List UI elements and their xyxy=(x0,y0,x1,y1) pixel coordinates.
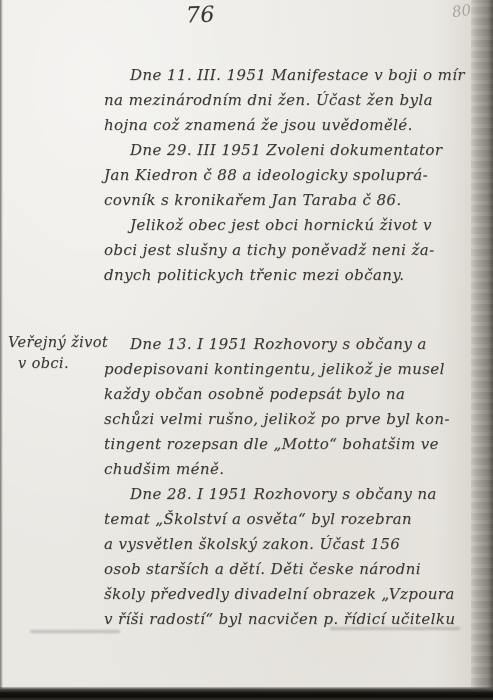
handwritten-line: Dne 29. III 1951 Zvoleni dokumentator xyxy=(104,138,464,163)
margin-note-line: Veřejný život xyxy=(8,333,108,354)
scan-smudge xyxy=(330,627,460,630)
chronicle-page-scan: 76 80 Veřejný život v obci. Dne 11. III.… xyxy=(0,0,493,700)
page-number: 76 xyxy=(186,3,216,29)
handwritten-line: temat „Školství a osvěta“ byl rozebran xyxy=(104,507,464,532)
handwritten-text-block: Dne 11. III. 1951 Manifestace v boji o m… xyxy=(104,63,464,632)
scan-edge-left xyxy=(0,0,3,700)
handwritten-line: hojna což znamená že jsou uvědomělé. xyxy=(104,113,464,138)
margin-note: Veřejný život v obci. xyxy=(8,333,108,375)
handwritten-line: dnych politickych třenic mezi občany. xyxy=(104,263,464,288)
paragraph-skolstvi: Dne 28. I 1951 Rozhovory s občany na tem… xyxy=(104,482,464,632)
handwritten-line: chudšim méně. xyxy=(104,457,464,482)
scan-smudge xyxy=(30,630,120,633)
scan-edge-bottom xyxy=(0,687,493,700)
paragraph-hornicka-obec: Jelikož obec jest obci hornickú život v … xyxy=(104,213,464,288)
handwritten-line: každy občan osobně podepsát bylo na xyxy=(104,382,464,407)
paragraph-dokumentator: Dne 29. III 1951 Zvoleni dokumentator Ja… xyxy=(104,138,464,213)
paragraph-manifestace: Dne 11. III. 1951 Manifestace v boji o m… xyxy=(104,63,464,138)
handwritten-line: Dne 11. III. 1951 Manifestace v boji o m… xyxy=(104,63,464,88)
handwritten-line: Jelikož obec jest obci hornickú život v xyxy=(104,213,464,238)
handwritten-line: tingent rozepsan dle „Motto“ bohatšim ve xyxy=(104,432,464,457)
margin-note-line: v obci. xyxy=(8,354,108,375)
handwritten-line: schůzi velmi rušno, jelikož po prve byl … xyxy=(104,407,464,432)
handwritten-line: osob starších a dětí. Děti česke národni xyxy=(104,557,464,582)
handwritten-line: Dne 13. I 1951 Rozhovory s občany a xyxy=(104,332,464,357)
handwritten-line: Dne 28. I 1951 Rozhovory s občany na xyxy=(104,482,464,507)
handwritten-line: covník s kronikařem Jan Taraba č 86. xyxy=(104,188,464,213)
handwritten-line: Jan Kiedron č 88 a ideologicky spoluprá- xyxy=(104,163,464,188)
scan-edge-right xyxy=(471,0,493,700)
corner-page-number: 80 xyxy=(451,1,472,21)
handwritten-line: na mezinárodním dni žen. Účast žen byla xyxy=(104,88,464,113)
handwritten-line: školy předvedly divadelní obrazek „Vzpou… xyxy=(104,582,464,607)
handwritten-line: obci jest slušny a tichy poněvadž neni ž… xyxy=(104,238,464,263)
paragraph-kontingenty: Dne 13. I 1951 Rozhovory s občany a pode… xyxy=(104,332,464,482)
handwritten-line: podepisovani kontingentu, jelikož je mus… xyxy=(104,357,464,382)
handwritten-line: a vysvětlen školský zakon. Účast 156 xyxy=(104,532,464,557)
